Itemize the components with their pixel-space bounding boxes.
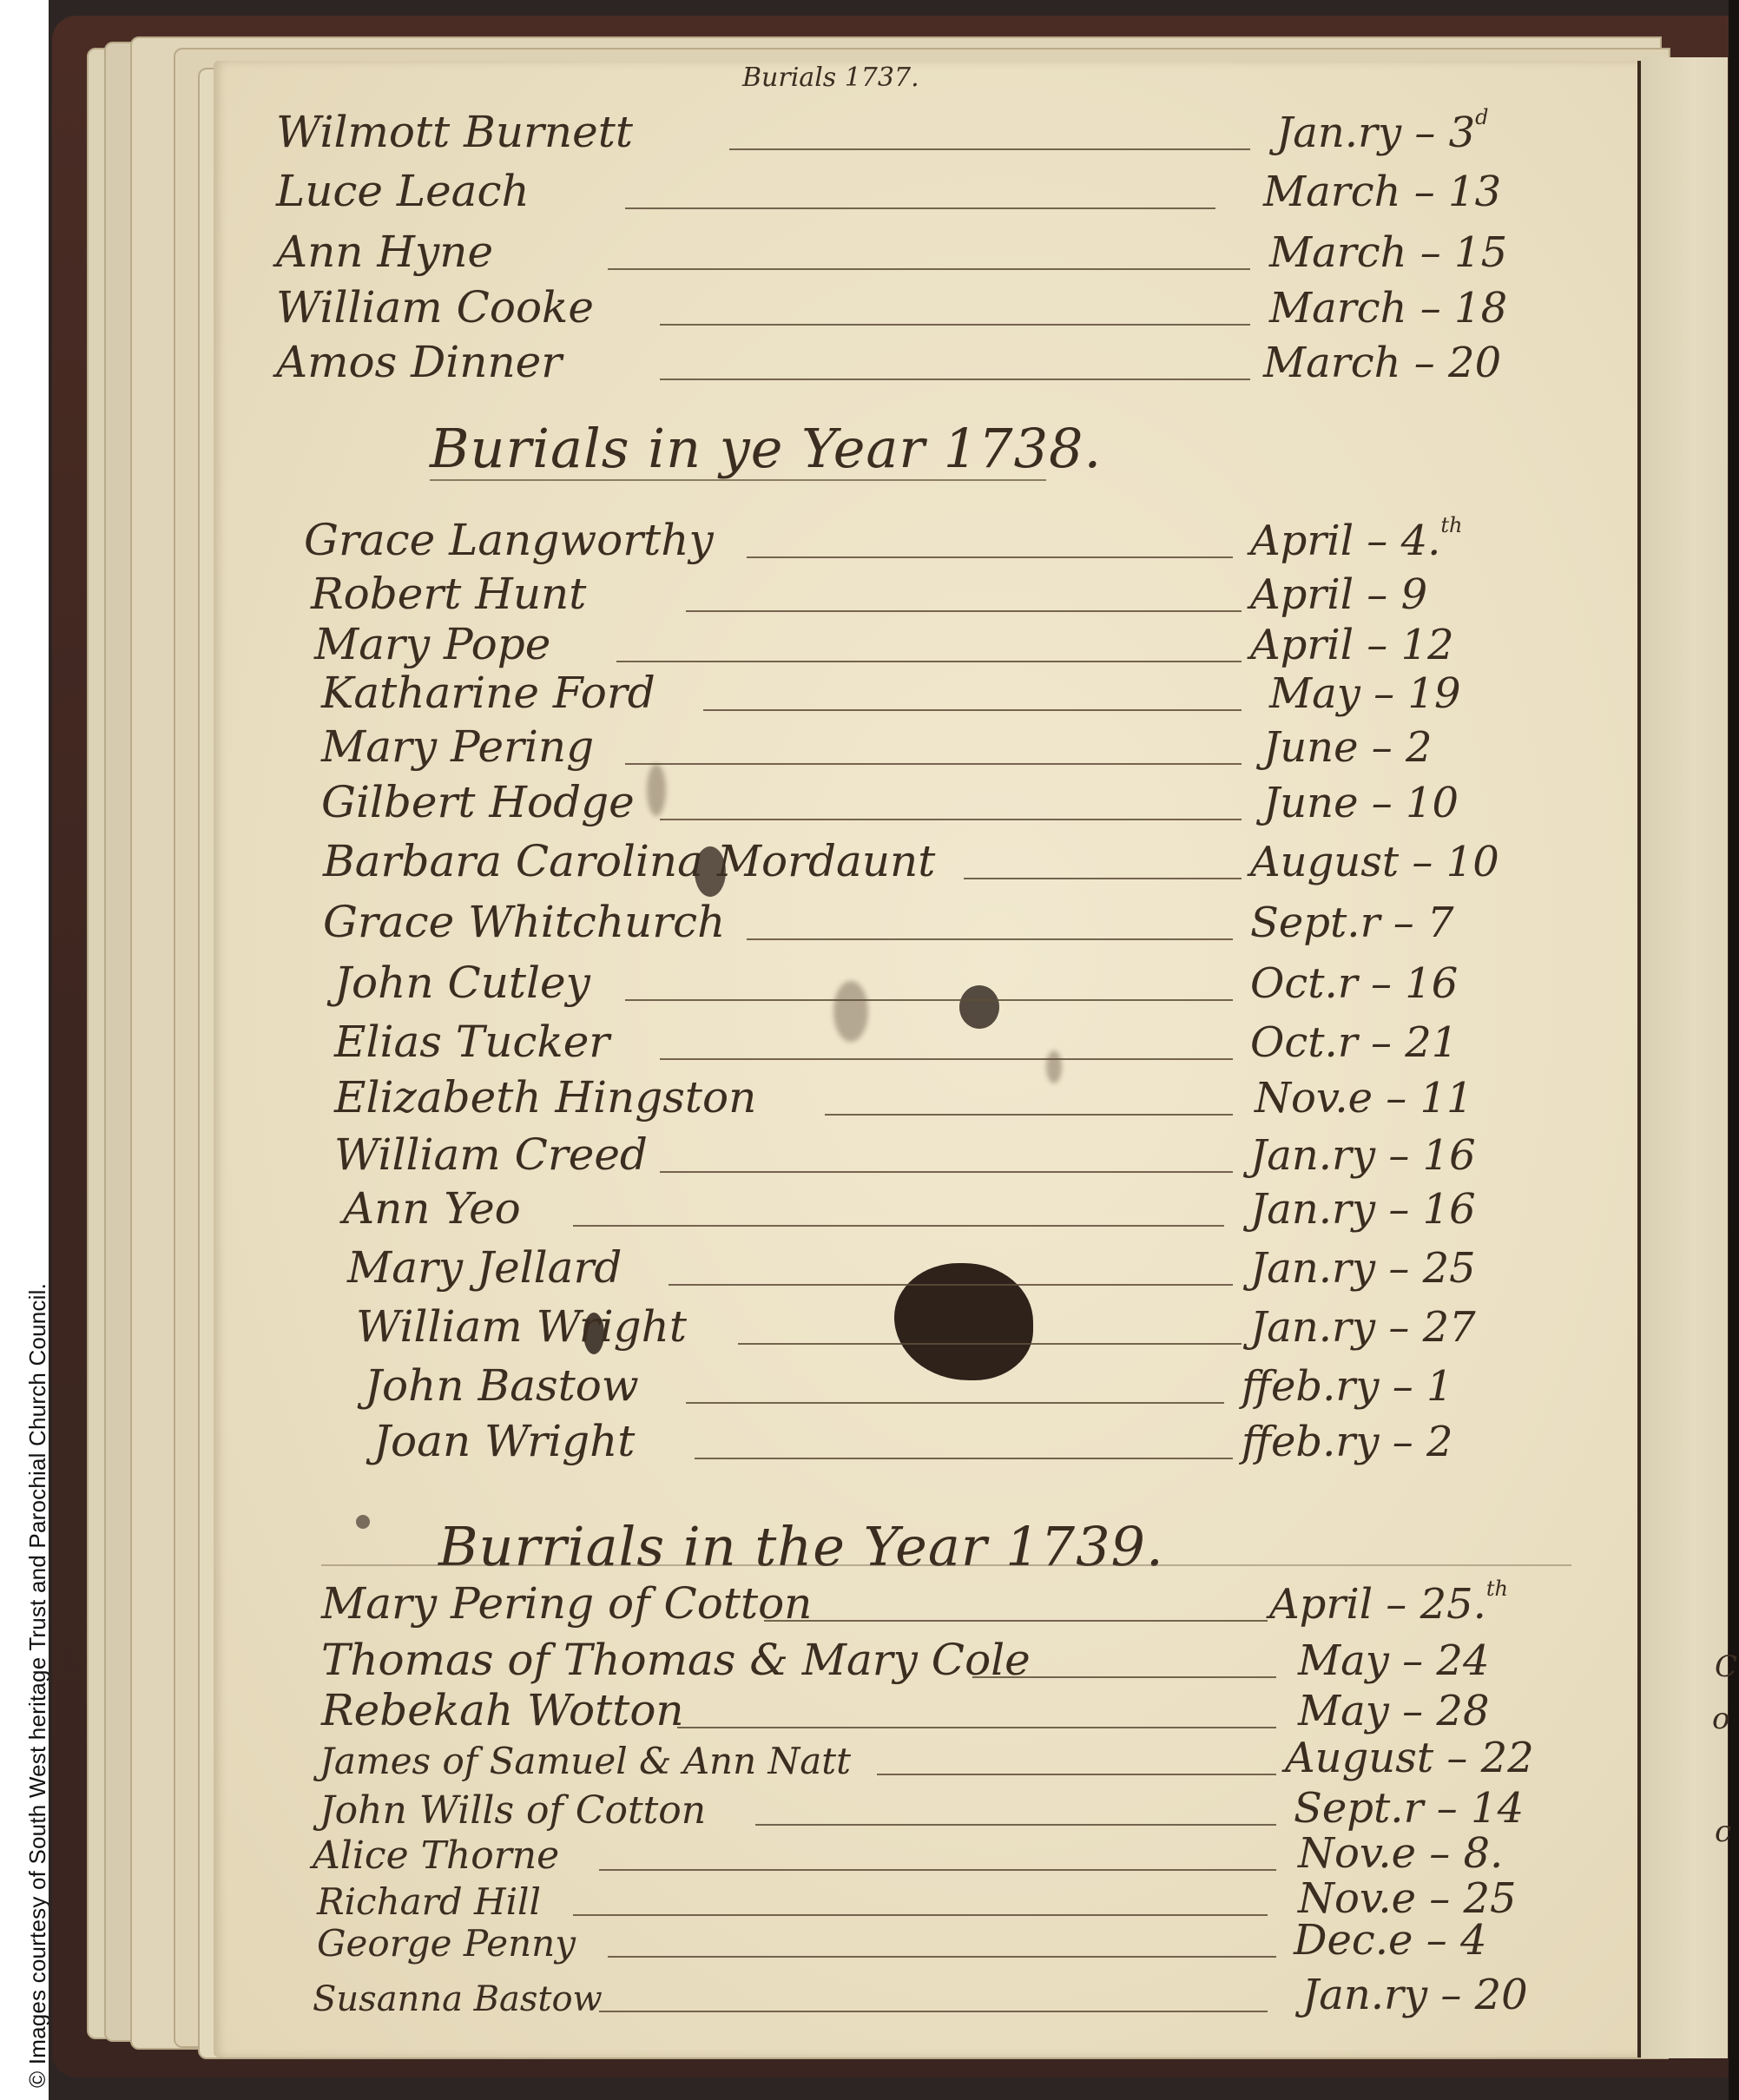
deceased-name: Susanna Bastow <box>313 1979 603 2019</box>
deceased-name: Katharine Ford <box>321 668 655 718</box>
page-header: Burials 1737. <box>742 63 919 93</box>
entry-rule <box>686 610 1242 612</box>
entry-rule <box>747 556 1233 558</box>
burial-entry: Grace Langworthy April – 4.th <box>0 564 1739 565</box>
burial-entry: Susanna Bastow Jan.ry – 20 <box>0 2018 1739 2019</box>
ink-spot <box>356 1515 370 1529</box>
burial-entry: Katharine Ford May – 19 <box>0 717 1739 718</box>
deceased-name: Joan Wright <box>373 1416 635 1466</box>
burial-entry: William Wright Jan.ry – 27 <box>0 1351 1739 1352</box>
burial-entry: Elizabeth Hingston Nov.e – 11 <box>0 1122 1739 1122</box>
deceased-name: Ann Yeo <box>343 1183 521 1234</box>
entry-rule <box>616 661 1242 662</box>
burial-date: April – 9 <box>1250 570 1427 619</box>
deceased-name: Elias Tucker <box>334 1017 609 1067</box>
deceased-name: John Cutley <box>334 958 590 1008</box>
entry-rule <box>660 379 1250 380</box>
burial-date: ffeb.ry – 2 <box>1242 1418 1453 1466</box>
section-title-1738: Burials in ye Year 1738. <box>430 417 1102 480</box>
burial-date: Jan.ry – 16 <box>1250 1131 1476 1180</box>
deceased-name: Rebekah Wotton <box>321 1685 684 1735</box>
entry-rule <box>677 1727 1276 1728</box>
burial-date: Jan.ry – 25 <box>1250 1244 1476 1293</box>
entry-rule <box>608 268 1250 270</box>
deceased-name: Grace Langworthy <box>304 515 714 565</box>
facing-page-letter-fragment: C <box>1715 1649 1737 1684</box>
burial-entry: Mary Pering of Cotton April – 25.th <box>0 1628 1739 1629</box>
credit-strip: © Images courtesy of South West heritage… <box>0 0 49 2100</box>
burial-entry: William Creed Jan.ry – 16 <box>0 1179 1739 1180</box>
entry-rule <box>660 819 1242 820</box>
burial-entry: Amos Dinner March – 20 <box>0 386 1739 387</box>
burial-date: Dec.e – 4 <box>1294 1916 1487 1965</box>
title-underline <box>430 479 1046 481</box>
ink-smudge <box>1046 1050 1062 1083</box>
entry-rule <box>573 1225 1224 1227</box>
entry-rule <box>729 148 1250 150</box>
burial-date: May – 28 <box>1298 1687 1489 1735</box>
burial-date: Jan.ry – 27 <box>1250 1303 1476 1352</box>
entry-rule <box>669 1284 1233 1286</box>
entry-rule <box>695 1458 1233 1459</box>
deceased-name: John Bastow <box>365 1360 639 1411</box>
burial-date: June – 2 <box>1263 723 1433 772</box>
entry-rule <box>877 1774 1276 1775</box>
facing-page-edge <box>1641 57 1728 2058</box>
deceased-name: Mary Pope <box>314 619 550 669</box>
burial-entry: Joan Wright ffeb.ry – 2 <box>0 1465 1739 1466</box>
deceased-name: Thomas of Thomas & Mary Cole <box>321 1635 1031 1685</box>
burial-date: Oct.r – 21 <box>1250 1018 1458 1067</box>
burial-date: Sept.r – 14 <box>1294 1784 1524 1833</box>
deceased-name: Elizabeth Hingston <box>334 1072 756 1122</box>
deceased-name: James of Samuel & Ann Natt <box>319 1740 851 1782</box>
burial-entry: William Cooke March – 18 <box>0 332 1739 332</box>
deceased-name: Wilmott Burnett <box>276 107 633 157</box>
burial-entry: Mary Pope April – 12 <box>0 668 1739 669</box>
deceased-name: Richard Hill <box>317 1880 541 1923</box>
deceased-name: Alice Thorne <box>313 1833 559 1878</box>
facing-page-letter-fragment: o <box>1712 1702 1729 1736</box>
deceased-name: Grace Whitchurch <box>323 897 725 947</box>
burial-entry: John Bastow ffeb.ry – 1 <box>0 1410 1739 1411</box>
burial-entry: Elias Tucker Oct.r – 21 <box>0 1066 1739 1067</box>
deceased-name: William Cooke <box>276 282 594 332</box>
entry-rule <box>660 1171 1233 1173</box>
deceased-name: Mary Pering <box>321 721 594 772</box>
burial-date: March – 15 <box>1269 228 1507 277</box>
burial-date: August – 10 <box>1250 838 1499 886</box>
burial-entry: Ann Hyne March – 15 <box>0 276 1739 277</box>
entry-rule <box>625 207 1215 209</box>
deceased-name: Mary Jellard <box>347 1242 622 1293</box>
entry-rule <box>703 709 1242 711</box>
entry-rule <box>608 1956 1276 1958</box>
burial-date: ffeb.ry – 1 <box>1242 1362 1453 1411</box>
deceased-name: Barbara Carolina Mordaunt <box>323 836 935 886</box>
copyright-notice: © Images courtesy of South West heritage… <box>24 1283 51 2088</box>
burial-entry: Mary Jellard Jan.ry – 25 <box>0 1292 1739 1293</box>
burial-entry: Mary Pering June – 2 <box>0 771 1739 772</box>
burial-entry: George Penny Dec.e – 4 <box>0 1964 1739 1965</box>
ink-smudge <box>647 764 666 816</box>
entry-rule <box>625 763 1242 765</box>
deceased-name: William Creed <box>334 1129 648 1180</box>
entry-rule <box>599 2011 1268 2012</box>
burial-date: Sept.r – 7 <box>1250 899 1454 947</box>
burial-entry: Robert Hunt April – 9 <box>0 618 1739 619</box>
entry-rule <box>599 1869 1276 1871</box>
burial-date: Nov.e – 8. <box>1298 1829 1503 1878</box>
burial-date: Jan.ry – 20 <box>1302 1971 1528 2019</box>
entry-rule <box>738 1343 1242 1345</box>
deceased-name: Luce Leach <box>276 166 530 216</box>
deceased-name: Mary Pering of Cotton <box>321 1578 812 1629</box>
title-underline <box>321 1564 1571 1566</box>
burial-date: June – 10 <box>1263 779 1459 827</box>
ink-smudge <box>833 981 868 1042</box>
scan-border <box>1729 0 1739 2100</box>
entry-rule <box>747 938 1233 940</box>
burial-entry: Wilmott Burnett Jan.ry – 3d <box>0 156 1739 157</box>
burial-entry: Luce Leach March – 13 <box>0 215 1739 216</box>
burial-date: March – 13 <box>1263 168 1501 216</box>
entry-rule <box>660 1058 1233 1060</box>
section-title-1739: Burrials in the Year 1739. <box>438 1515 1164 1578</box>
entry-rule <box>686 1402 1224 1404</box>
burial-entry: Grace Whitchurch Sept.r – 7 <box>0 946 1739 947</box>
burial-date: April – 4.th <box>1250 513 1462 565</box>
burial-entry: John Cutley Oct.r – 16 <box>0 1007 1739 1008</box>
burial-date: April – 25.th <box>1269 1577 1508 1629</box>
entry-rule <box>625 999 1233 1001</box>
burial-date: Jan.ry – 16 <box>1250 1185 1476 1234</box>
burial-date: May – 19 <box>1269 669 1460 718</box>
burial-entry: Ann Yeo Jan.ry – 16 <box>0 1233 1739 1234</box>
burial-date: Jan.ry – 3d <box>1276 105 1489 157</box>
burial-entry: Barbara Carolina Mordaunt August – 10 <box>0 885 1739 886</box>
burial-entry: Gilbert Hodge June – 10 <box>0 826 1739 827</box>
burial-date: April – 12 <box>1250 621 1454 669</box>
burial-date: August – 22 <box>1285 1734 1534 1782</box>
deceased-name: George Penny <box>317 1922 576 1965</box>
deceased-name: Robert Hunt <box>311 569 586 619</box>
entry-rule <box>964 878 1242 879</box>
burial-date: March – 18 <box>1269 284 1507 332</box>
burial-entry: James of Samuel & Ann Natt August – 22 <box>0 1781 1739 1782</box>
spine-gutter <box>1637 61 1641 2057</box>
burial-entry: Thomas of Thomas & Mary Cole May – 24 <box>0 1684 1739 1685</box>
burial-date: March – 20 <box>1263 339 1501 387</box>
entry-rule <box>660 324 1250 326</box>
entry-rule <box>573 1914 1268 1916</box>
burial-date: Nov.e – 11 <box>1255 1074 1473 1122</box>
entry-rule <box>825 1114 1233 1116</box>
deceased-name: John Wills of Cotton <box>319 1788 706 1833</box>
burial-date: Oct.r – 16 <box>1250 959 1458 1008</box>
deceased-name: William Wright <box>356 1301 687 1352</box>
burial-date: May – 24 <box>1298 1636 1489 1685</box>
entry-rule <box>764 1620 1268 1622</box>
entry-rule <box>972 1676 1276 1678</box>
entry-rule <box>755 1824 1276 1826</box>
deceased-name: Ann Hyne <box>276 227 493 277</box>
deceased-name: Gilbert Hodge <box>321 777 635 827</box>
deceased-name: Amos Dinner <box>276 337 562 387</box>
